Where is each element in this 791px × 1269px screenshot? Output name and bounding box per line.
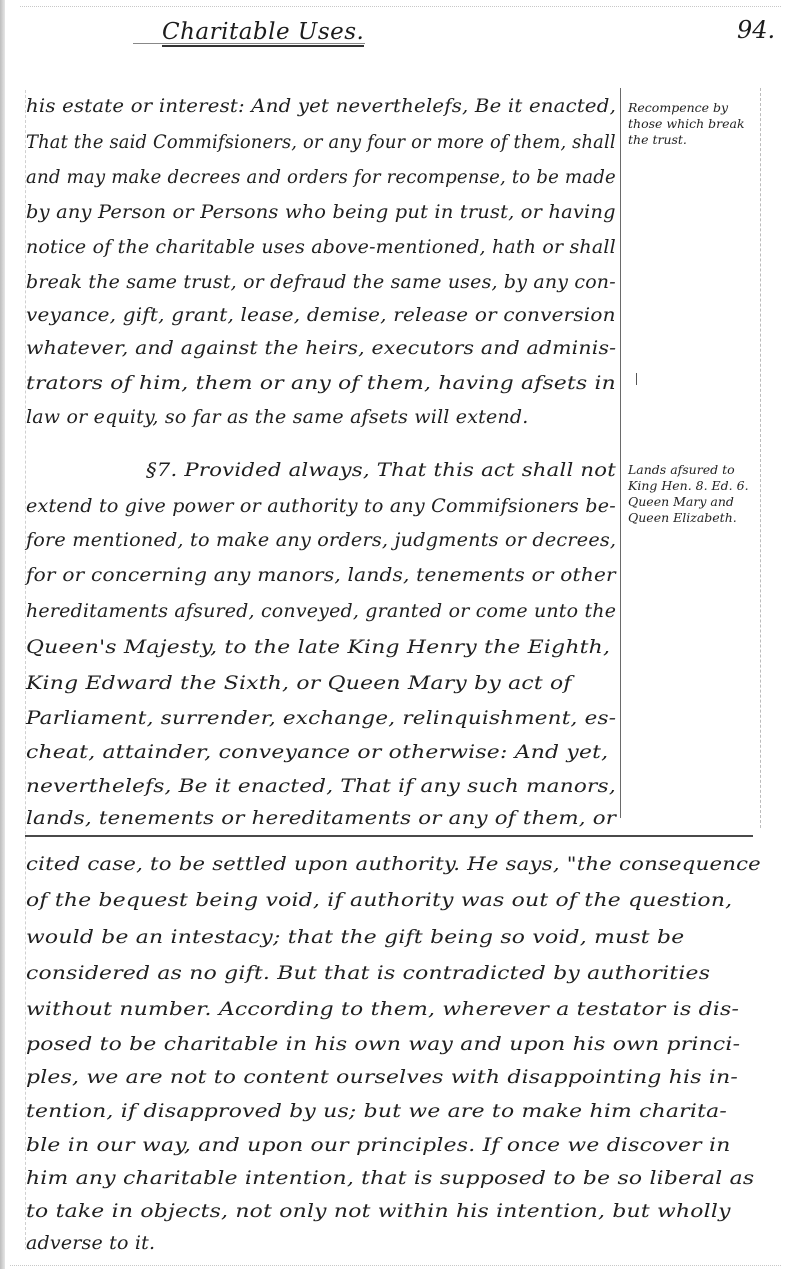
text-line: neverthelefs, Be it enacted, That if any… bbox=[26, 775, 695, 797]
text-line: adverse to it. bbox=[26, 1232, 761, 1254]
text-line: notice of the charitable uses above-ment… bbox=[26, 236, 615, 258]
sidenote-lands-assured: Lands afsured to King Hen. 8. Ed. 6. Que… bbox=[628, 462, 758, 526]
text-line: whatever, and against the heirs, executo… bbox=[26, 337, 658, 359]
text-line: break the same trust, or defraud the sam… bbox=[26, 271, 614, 293]
text-line: veyance, gift, grant, lease, demise, rel… bbox=[26, 304, 646, 326]
text-line: hereditaments afsured, conveyed, granted… bbox=[26, 600, 615, 622]
scan-top-edge bbox=[20, 6, 781, 8]
text-line: That the said Commifsioners, or any four… bbox=[26, 131, 580, 153]
title-rule bbox=[133, 43, 365, 44]
text-line: tention, if disapproved by us; but we ar… bbox=[26, 1100, 791, 1122]
scan-bottom-edge bbox=[10, 1265, 781, 1267]
text-line: to take in objects, not only not within … bbox=[26, 1200, 791, 1222]
scan-left-edge bbox=[0, 0, 5, 1269]
text-line: considered as no gift. But that is contr… bbox=[26, 962, 791, 984]
text-line: ble in our way, and upon our principles.… bbox=[26, 1134, 791, 1156]
text-line: his estate or interest: And yet neverthe… bbox=[26, 95, 637, 117]
text-line: without number. According to them, where… bbox=[26, 998, 791, 1020]
text-line: lands, tenements or hereditaments or any… bbox=[26, 807, 687, 829]
text-line: cheat, attainder, conveyance or otherwis… bbox=[26, 741, 705, 763]
text-line: for or concerning any manors, lands, ten… bbox=[26, 564, 649, 586]
text-line: by any Person or Persons who being put i… bbox=[26, 201, 627, 223]
ink-mark bbox=[636, 373, 637, 385]
text-line: King Edward the Sixth, or Queen Mary by … bbox=[26, 672, 705, 694]
section-divider bbox=[25, 835, 753, 837]
text-line: would be an intestacy; that the gift bei… bbox=[26, 926, 791, 948]
page-number: 94. bbox=[737, 16, 775, 44]
text-line: posed to be charitable in his own way an… bbox=[26, 1033, 791, 1055]
section-7-heading-line: §7. Provided always, That this act shall… bbox=[146, 459, 670, 481]
text-line: law or equity, so far as the same afsets… bbox=[26, 406, 616, 428]
text-line: of the bequest being void, if authority … bbox=[26, 889, 791, 911]
text-line: Parliament, surrender, exchange, relinqu… bbox=[26, 707, 692, 729]
text-line: Queen's Majesty, to the late King Henry … bbox=[26, 636, 705, 658]
text-line: ples, we are not to content ourselves wi… bbox=[26, 1066, 791, 1088]
right-margin-rule bbox=[760, 88, 761, 828]
text-line: and may make decrees and orders for reco… bbox=[26, 166, 588, 188]
text-line: cited case, to be settled upon authority… bbox=[26, 853, 791, 875]
text-line: fore mentioned, to make any orders, judg… bbox=[26, 529, 622, 551]
text-line: him any charitable intention, that is su… bbox=[26, 1167, 791, 1189]
text-line: extend to give power or authority to any… bbox=[26, 495, 618, 517]
sidenote-recompence: Recompence by those which break the trus… bbox=[628, 100, 758, 148]
text-line: trators of him, them or any of them, hav… bbox=[26, 372, 702, 394]
